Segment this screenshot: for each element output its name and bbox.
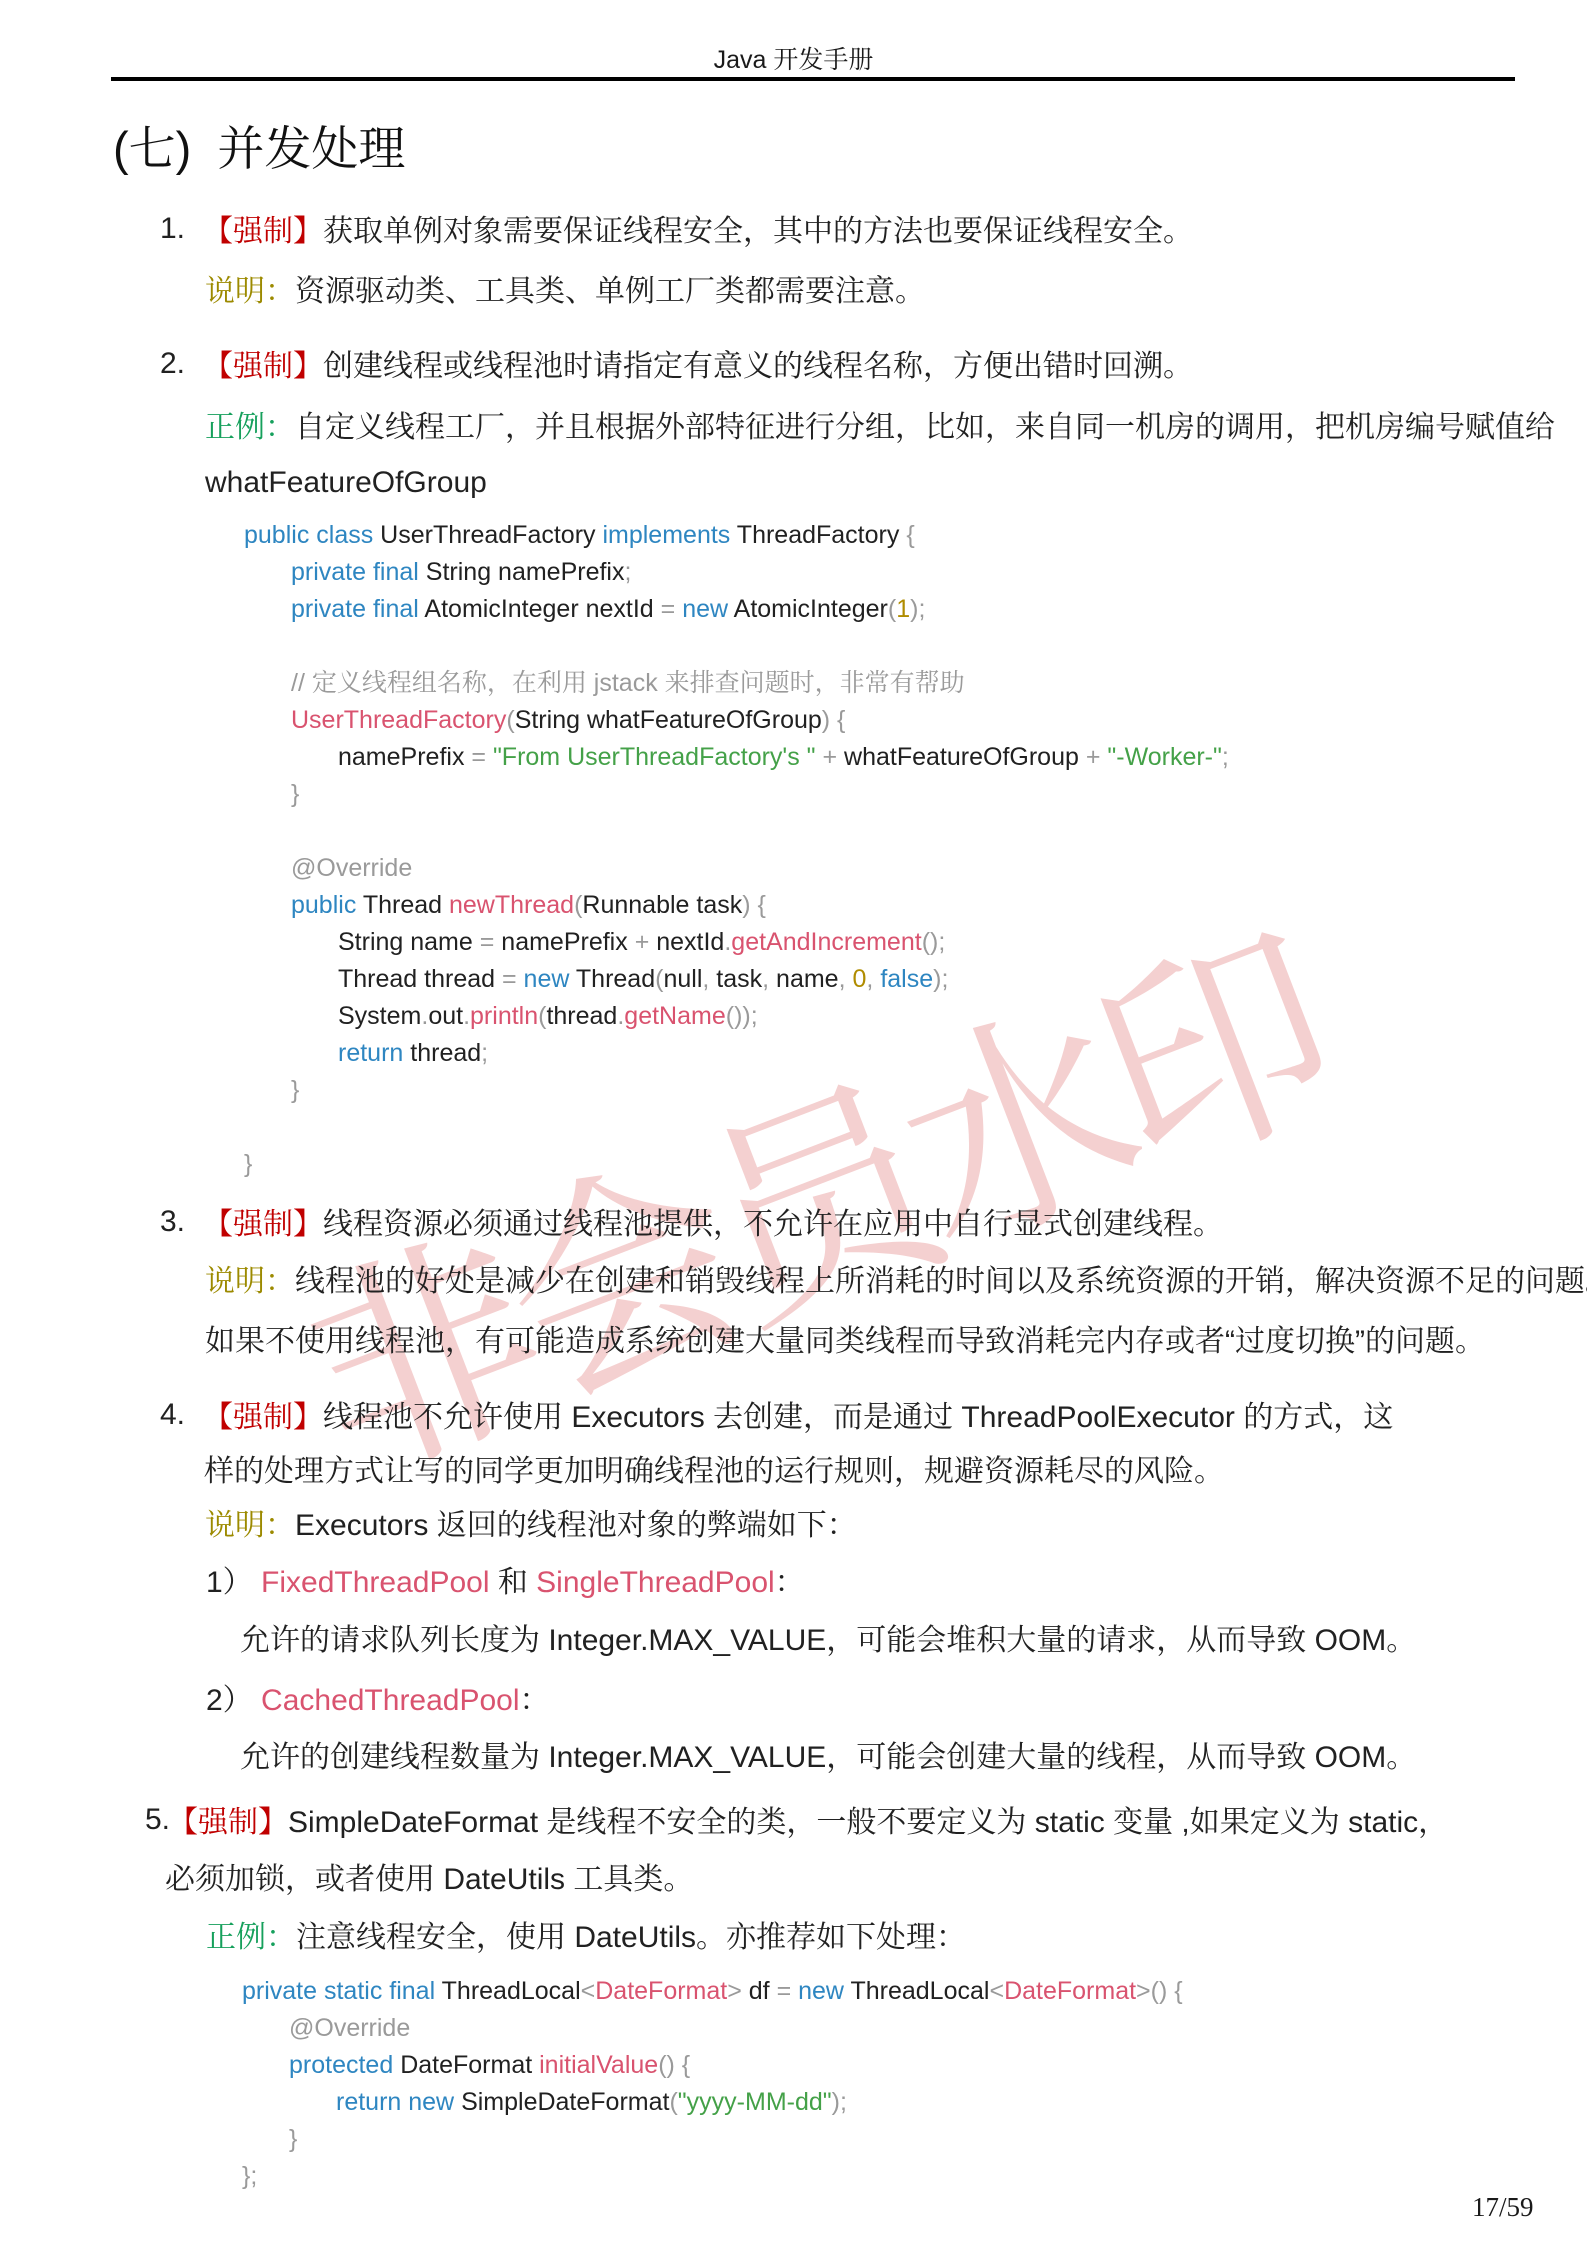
item-1-note: 说明：资源驱动类、工具类、单例工厂类都需要注意。 <box>205 272 925 312</box>
item-2-positive-example: 正例：自定义线程工厂，并且根据外部特征进行分组，比如，来自同一机房的调用，把机房… <box>205 408 1555 448</box>
item-4-subitem-2-detail: 允许的创建线程数量为 Integer.MAX_VALUE，可能会创建大量的线程，… <box>240 1738 1416 1778</box>
item-5-rule-text-cont: 必须加锁，或者使用 DateUtils 工具类。 <box>165 1860 693 1900</box>
item-4-subitem-1-detail: 允许的请求队列长度为 Integer.MAX_VALUE，可能会堆积大量的请求，… <box>240 1621 1416 1661</box>
item-4-note: 说明：Executors 返回的线程池对象的弊端如下： <box>205 1506 857 1546</box>
item-5-number: 5. <box>145 1803 170 1837</box>
item-1-number: 1. <box>160 212 185 246</box>
item-4-rule-text-cont: 样的处理方式让写的同学更加明确线程池的运行规则，规避资源耗尽的风险。 <box>204 1452 1224 1492</box>
item-3-note: 说明：线程池的好处是减少在创建和销毁线程上所消耗的时间以及系统资源的开销，解决资… <box>205 1262 1587 1302</box>
item-4-rule-text: 【强制】线程池不允许使用 Executors 去创建，而是通过 ThreadPo… <box>203 1398 1393 1438</box>
page-number: 17/59 <box>1472 2192 1534 2223</box>
item-3-note-cont: 如果不使用线程池，有可能造成系统创建大量同类线程而导致消耗完内存或者“过度切换”… <box>205 1322 1485 1362</box>
item-4-number: 4. <box>160 1398 185 1432</box>
page-header-title: Java 开发手册 <box>0 40 1587 76</box>
item-2-positive-example-cont: whatFeatureOfGroup <box>205 463 487 503</box>
section-title: (七) 并发处理 <box>113 112 405 179</box>
item-2-rule-text: 【强制】创建线程或线程池时请指定有意义的线程名称，方便出错时回溯。 <box>203 347 1193 387</box>
document-page: 非会员水印 Java 开发手册 (七) 并发处理 1. 【强制】获取单例对象需要… <box>0 0 1587 2245</box>
item-3-rule-text: 【强制】线程资源必须通过线程池提供，不允许在应用中自行显式创建线程。 <box>203 1205 1223 1245</box>
item-2-number: 2. <box>160 347 185 381</box>
item-4-subitem-1: 1） FixedThreadPool 和 SingleThreadPool： <box>206 1563 805 1603</box>
item-1-rule-text: 【强制】获取单例对象需要保证线程安全，其中的方法也要保证线程安全。 <box>203 212 1193 252</box>
item-5-rule-text: 【强制】SimpleDateFormat 是线程不安全的类，一般不要定义为 st… <box>168 1803 1448 1843</box>
code-block-user-thread-factory: public class UserThreadFactory implement… <box>244 517 1229 1183</box>
item-4-subitem-2: 2） CachedThreadPool： <box>206 1681 550 1721</box>
code-block-threadlocal-dateformat: private static final ThreadLocal<DateFor… <box>242 1973 1183 2195</box>
item-5-positive-example: 正例：注意线程安全，使用 DateUtils。亦推荐如下处理： <box>206 1918 966 1958</box>
item-3-number: 3. <box>160 1205 185 1239</box>
header-divider-line <box>111 77 1515 81</box>
